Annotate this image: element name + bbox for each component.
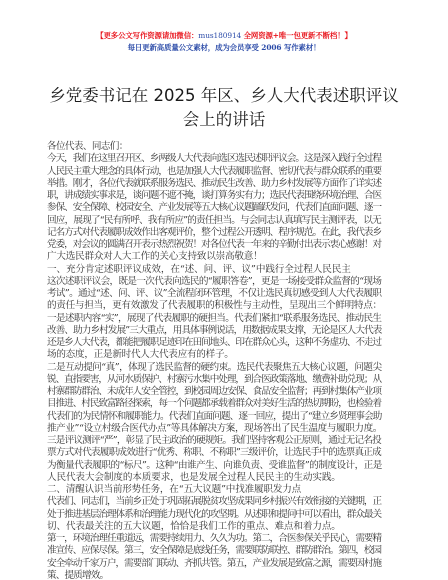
body-text-line: 一是述职内容“实”，展现了代表履职的硬担当。代表们紧扣“联系服务选民、推动民生 bbox=[47, 313, 387, 325]
body-text-line: 一、充分肯定述职评议成效，在“述、问、评、议”中践行全过程人民民主 bbox=[47, 264, 387, 276]
promo-banner-line-2: 每日更新高质量公文素材，成为会员享受 2006 写作素材！ bbox=[0, 43, 448, 52]
body-text-line: 参保、安全保障、校园安全、产业发展等五大核心议题踊跃发问，代表们直面问题、逐一 bbox=[47, 202, 387, 214]
body-text-line: 三是评议测评“严”，彰显了民主政治的硬规矩。我们坚持客观公正原则，通过无记名投 bbox=[47, 435, 387, 447]
body-text-line: 改善、助力乡村发展”三大重点，用具体事例说话，用数据成果支撑，无论是区人大代表 bbox=[47, 325, 387, 337]
promo-banner-line-1: 【更多公文写作资源请加微信：mus180914 全网资源+唯一包更新不断档！】 bbox=[0, 31, 448, 40]
body-text-line: 还是乡人大代表，都能把履职足迹印在田间地头、印在群众心头，这种不务虚功、不走过 bbox=[47, 337, 387, 349]
document-title-line-1: 乡党委书记在 2025 年区、乡人大代表述职评议 bbox=[0, 84, 448, 108]
body-text-line: 切、代表最关注的五大议题，恰恰是我们工作的重点、难点和着力点。 bbox=[47, 521, 387, 533]
body-text-line: 处于推进基层治理体系和治理能力现代化的攻坚期。从述职和提问中可以看出，群众最关 bbox=[47, 509, 387, 521]
body-text-line: 安全牵动千家万户，需要部门联动、齐抓共管。第五，产业发展是致富之源，需要因村施 bbox=[47, 558, 387, 570]
body-text-line: 第一，环境治理任重道远，需要持续用力、久久为功。第二，合医参保关乎民心，需要精 bbox=[47, 533, 387, 545]
body-text-line: 考试”。通过“述、问、评、议”全流程闭环管理，不仅让选民真切感受到人大代表履职 bbox=[47, 288, 387, 300]
promo-wechat-id: mus180914 bbox=[198, 31, 241, 40]
body-text-line: 票方式对代表履职成效进行“优秀、称职、不称职”三级评价，让选民手中的选票真正成 bbox=[47, 447, 387, 459]
promo-text-right: 全网资源+唯一包更新不断档！】 bbox=[241, 31, 352, 40]
body-text-line: 锐、直指要害，从河水质保护、村寨污水集中处理，到合医政策落地、缴费补助兑现；从 bbox=[47, 374, 387, 386]
body-text-line: 策、提质增效。 bbox=[47, 570, 387, 580]
body-text-line: 目推进、村民致富路径探索，每一个问题都承载着群众对美好生活的热切期盼，也检验着 bbox=[47, 398, 387, 410]
body-text-line: 二是互动提问“真”，体现了选民监督的硬约束。选民代表聚焦五大核心议题，问题尖 bbox=[47, 362, 387, 374]
body-text-line: 推产业”“设立村级合医代办点”等具体解决方案，现场答出了民生温度与履职力度。 bbox=[47, 423, 387, 435]
body-text-line: 为衡量代表履职的“标尺”。这种“由谁产生、向谁负责、受谁监督”的制度设计，正是 bbox=[47, 460, 387, 472]
body-text-line: 记名方式对代表履职成效作出客观评价，整个过程公开透明、程序规范。在此，我代表乡 bbox=[47, 227, 387, 239]
body-text-line: 回应，展现了“民有所呼、我有所应”的责任担当。与会同志认真填写民主测评表，以无 bbox=[47, 215, 387, 227]
body-text-line: 职，讲成绩实事求是，谈问题不遮不掩，谈打算务实有力；选民代表围绕环境治理、合医 bbox=[47, 190, 387, 202]
document-page: 【更多公文写作资源请加微信：mus180914 全网资源+唯一包更新不断档！】 … bbox=[0, 0, 448, 580]
body-text-line: 村寨群防群治、未成年人安全管控，到校园周边安保、食品安全监督；再到村集体产业项 bbox=[47, 386, 387, 398]
body-text-line: 人民民主重大理念的具体行动，也是加强人大代表履职监督、密切代表与群众联系的重要 bbox=[47, 166, 387, 178]
promo-text-left: 【更多公文写作资源请加微信： bbox=[96, 31, 198, 40]
body-text-line: 这次述职评议会，既是一次代表向选民的“履职答卷”，更是一场接受群众监督的“现场 bbox=[47, 276, 387, 288]
body-text-line: 代表们、同志们，当前乡正处于巩固拓展脱贫攻坚成果同乡村振兴有效衔接的关键期，正 bbox=[47, 496, 387, 508]
document-title-line-2: 会上的讲话 bbox=[0, 108, 448, 132]
document-body: 各位代表、同志们：今天，我们在这里召开区、乡两级人大代表向选区选民述职评议会。这… bbox=[47, 141, 387, 580]
body-text-line: 代表们的为民情怀和履职能力。代表们直面问题、逐一回应，提出了“建立乡贤理事会助 bbox=[47, 411, 387, 423]
body-text-line: 今天，我们在这里召开区、乡两级人大代表向选区选民述职评议会。这是深入践行全过程 bbox=[47, 153, 387, 165]
body-text-line: 党委，对会议的圆满召开表示热烈祝贺！对各位代表一年来的辛勤付出表示衷心感谢！对 bbox=[47, 239, 387, 251]
body-text-line: 二、清醒认识当前形势任务，在“五大议题”中找准履职发力点 bbox=[47, 484, 387, 496]
body-text-line: 的责任与担当，更有效激发了代表履职的积极性与主动性，呈现出三个鲜明特点： bbox=[47, 300, 387, 312]
body-text-line: 场的态度，正是新时代人大代表应有的样子。 bbox=[47, 349, 387, 361]
body-text-line: 各位代表、同志们： bbox=[47, 141, 387, 153]
body-text-line: 准宣传、应保尽保。第三，安全保障是底线任务，需要联防联控、群防群治。第四，校园 bbox=[47, 545, 387, 557]
body-text-line: 举措。刚才，各位代表就联系服务选民、推动民生改善、助力乡村发展等方面作了详实述 bbox=[47, 178, 387, 190]
body-text-line: 人民代表大会制度的本质要求，也是发展全过程人民民主的生动实践。 bbox=[47, 472, 387, 484]
body-text-line: 广大选民群众对人大工作的关心支持致以崇高敬意！ bbox=[47, 251, 387, 263]
